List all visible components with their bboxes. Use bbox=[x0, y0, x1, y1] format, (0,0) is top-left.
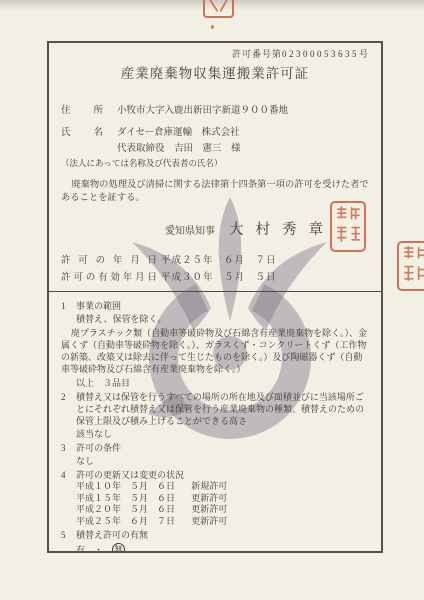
renewal-row: 平成１０年 ５月 ６日 新規許可 bbox=[76, 481, 369, 493]
company-name: ダイセー倉庫運輸 株式会社 bbox=[117, 127, 240, 140]
tally-seal-dot bbox=[211, 25, 214, 29]
section-1-body: 廃プラスチック類（自動車等破砕物及び石綿含有産業廃棄物を除く。）、金属くず（自動… bbox=[61, 327, 369, 375]
section-2-heading: 積替え又は保管を行うすべての場所の所在地及び面積並びに当該場所ごとにそれぞれ積替… bbox=[76, 391, 369, 427]
dates-block: 許可の年月日 平成２５年 ６月 ７日 許可の有効年月日 平成３０年 ５月 ５日 bbox=[61, 255, 369, 285]
section-1-number: 1 bbox=[61, 300, 76, 312]
section-3-heading: 許可の条件 bbox=[76, 442, 369, 454]
top-tally-seal-partial bbox=[203, 0, 234, 18]
permit-number-prefix: 許可番号第 bbox=[232, 49, 282, 59]
renewal-row: 平成１５年 ５月 ６日 更新許可 bbox=[76, 493, 369, 505]
sections-block: 1 事業の範囲 積替え、保管を除く。 廃プラスチック類（自動車等破砕物及び石綿含… bbox=[61, 300, 369, 553]
grant-date-label: 許可の年月日 bbox=[61, 255, 157, 268]
valid-date-row: 許可の有効年月日 平成３０年 ５月 ５日 bbox=[61, 272, 369, 285]
renewal-date: 平成２０年 ５月 ６日 bbox=[76, 504, 175, 514]
section-5-heading-row: 5 積替え許可の有無 bbox=[61, 529, 369, 541]
section-3-body: なし bbox=[76, 455, 369, 467]
renewal-row: 平成２０年 ５月 ６日 更新許可 bbox=[76, 504, 369, 516]
permit-number-suffix: 号 bbox=[359, 49, 369, 59]
seal-script-strokes bbox=[332, 203, 364, 250]
scanned-permit-page: 許可番号第02300053635号 産業廃棄物収集運搬業許可証 住所 小牧市大字… bbox=[0, 0, 424, 600]
seal-script-strokes bbox=[399, 243, 424, 289]
address-value: 小牧市大字入鹿出新田字新道９００番地 bbox=[117, 105, 288, 118]
section-3-heading-row: 3 許可の条件 bbox=[61, 442, 369, 454]
issuer-title: 愛知県知事 bbox=[165, 222, 215, 237]
holder-block: 住所 小牧市大字入鹿出新田字新道９００番地 氏名 ダイセー倉庫運輸 株式会社 代… bbox=[61, 105, 369, 169]
section-2-number: 2 bbox=[61, 391, 76, 427]
renewal-type: 更新許可 bbox=[191, 516, 227, 526]
grant-date-row: 許可の年月日 平成２５年 ６月 ７日 bbox=[61, 255, 369, 268]
governor-red-seal bbox=[330, 201, 366, 252]
section-4-number: 4 bbox=[61, 469, 76, 481]
valid-date-label: 許可の有効年月日 bbox=[61, 272, 157, 285]
issuer-name: 大村秀章 bbox=[229, 218, 335, 239]
representative-line: 代表取締役 吉田 憲三 様 bbox=[117, 143, 369, 156]
certification-statement: 廃棄物の処理及び清掃に関する法律第十四条第一項の許可を受けた者であることを証する… bbox=[61, 179, 369, 205]
seal-script-strokes bbox=[205, 0, 232, 16]
section-2-body: 該当なし bbox=[76, 428, 369, 440]
section-5-heading: 積替え許可の有無 bbox=[76, 529, 369, 541]
section-divider bbox=[49, 291, 381, 292]
section-1-heading-row: 1 事業の範囲 bbox=[61, 300, 369, 312]
section-1-subline: 積替え、保管を除く。 bbox=[76, 313, 369, 325]
name-label: 氏名 bbox=[61, 127, 103, 140]
renewal-row: 平成２５年 ６月 ７日 更新許可 bbox=[76, 516, 369, 528]
option-separator: ・ bbox=[94, 544, 103, 554]
renewal-type: 更新許可 bbox=[191, 504, 227, 514]
name-row: 氏名 ダイセー倉庫運輸 株式会社 bbox=[61, 127, 369, 140]
document-title: 産業廃棄物収集運搬業許可証 bbox=[61, 64, 369, 83]
corporate-note: （法人にあっては名称及び代表者の氏名） bbox=[61, 158, 369, 169]
renewal-date: 平成１０年 ５月 ６日 bbox=[76, 481, 175, 491]
option-yes: 有 bbox=[76, 544, 85, 554]
section-4-heading: 許可の更新又は変更の状況 bbox=[76, 469, 369, 481]
permit-number-line: 許可番号第02300053635号 bbox=[61, 48, 369, 60]
renewal-date: 平成１５年 ５月 ６日 bbox=[76, 493, 175, 503]
section-1-total: 以上 ３品目 bbox=[76, 377, 369, 389]
section-1-heading: 事業の範囲 bbox=[76, 300, 369, 312]
permit-number-digits: 02300053635 bbox=[282, 49, 359, 59]
address-row: 住所 小牧市大字入鹿出新田字新道９００番地 bbox=[61, 105, 369, 118]
section-5-number: 5 bbox=[61, 529, 76, 541]
transfer-permit-options: 有 ・ 無 bbox=[76, 543, 369, 553]
section-4-heading-row: 4 許可の更新又は変更の状況 bbox=[61, 469, 369, 481]
renewal-type: 新規許可 bbox=[191, 481, 227, 491]
certificate-frame: 許可番号第02300053635号 産業廃棄物収集運搬業許可証 住所 小牧市大字… bbox=[47, 41, 383, 553]
edge-red-seal-partial bbox=[397, 241, 424, 291]
valid-date-value: 平成３０年 ５月 ５日 bbox=[161, 272, 277, 285]
renewal-type: 更新許可 bbox=[191, 493, 227, 503]
section-2-heading-row: 2 積替え又は保管を行うすべての場所の所在地及び面積並びに当該場所ごとにそれぞれ… bbox=[61, 391, 369, 427]
grant-date-value: 平成２５年 ６月 ７日 bbox=[161, 255, 277, 268]
section-3-number: 3 bbox=[61, 442, 76, 454]
renewal-date: 平成２５年 ６月 ７日 bbox=[76, 516, 175, 526]
option-no-circled: 無 bbox=[112, 543, 125, 553]
address-label: 住所 bbox=[61, 105, 103, 118]
